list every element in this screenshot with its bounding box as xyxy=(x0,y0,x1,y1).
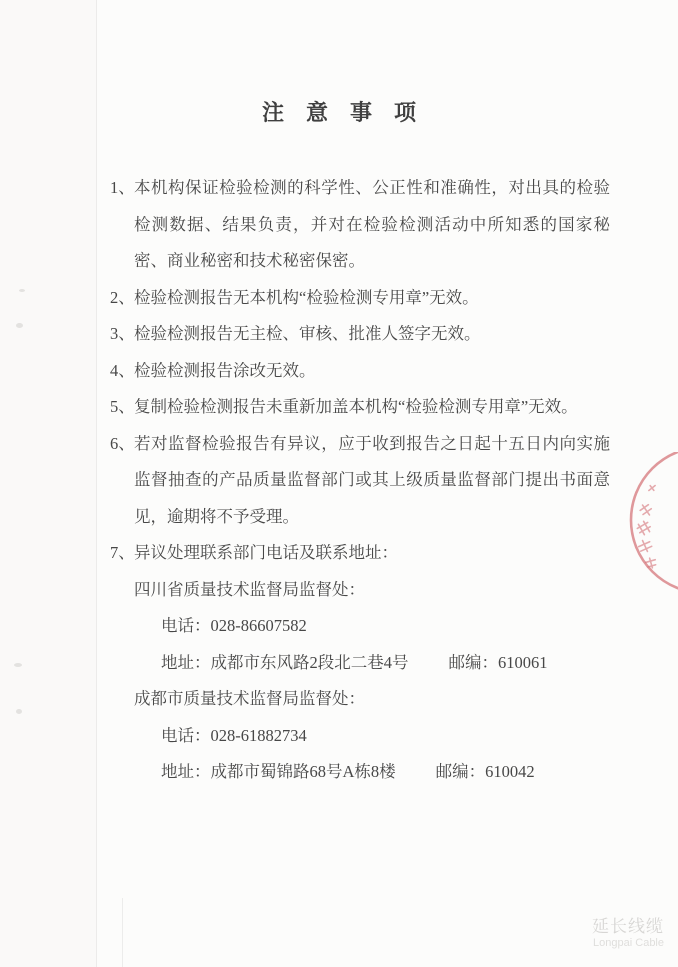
address-label: 地址： xyxy=(161,653,211,672)
scanned-report-notice-page: 注意事项 1、 本机构保证检验检测的科学性、公正性和准确性，对出具的检验检测数据… xyxy=(0,0,678,967)
address-value: 成都市东风路2段北二巷4号 xyxy=(211,653,409,672)
address-value: 成都市蜀锦路68号A栋8楼 xyxy=(211,762,396,781)
phone-label: 电话： xyxy=(161,616,211,635)
contact-org-name: 成都市质量技术监督局监督处： xyxy=(134,681,610,718)
watermark-english: Longpai Cable xyxy=(464,937,664,951)
contact-address-line: 地址：成都市蜀锦路68号A栋8楼邮编：610042 xyxy=(134,754,610,791)
notice-text: 检验检测报告涂改无效。 xyxy=(134,353,610,390)
zip-value: 610042 xyxy=(485,762,535,781)
notice-number: 1、 xyxy=(110,170,134,207)
notice-item-2: 2、 检验检测报告无本机构“检验检测专用章”无效。 xyxy=(110,280,610,317)
zip-value: 610061 xyxy=(498,653,548,672)
contact-block-chengdu: 成都市质量技术监督局监督处： 电话：028-61882734 地址：成都市蜀锦路… xyxy=(110,681,610,791)
notice-item-3: 3、 检验检测报告无主检、审核、批准人签字无效。 xyxy=(110,316,610,353)
address-label: 地址： xyxy=(161,762,211,781)
watermark: 延长线缆 Longpai Cable xyxy=(464,916,664,951)
notice-number: 7、 xyxy=(110,535,134,572)
notice-number: 6、 xyxy=(110,426,134,463)
scan-fold-line-bottom xyxy=(122,898,123,967)
phone-number: 028-86607582 xyxy=(211,616,307,635)
notice-text: 本机构保证检验检测的科学性、公正性和准确性，对出具的检验检测数据、结果负责，并对… xyxy=(134,170,610,280)
page-left-margin-strip xyxy=(0,0,97,967)
notice-list: 1、 本机构保证检验检测的科学性、公正性和准确性，对出具的检验检测数据、结果负责… xyxy=(110,170,610,791)
page-title: 注意事项 xyxy=(0,96,678,127)
scan-fold-line xyxy=(96,0,97,967)
notice-number: 2、 xyxy=(110,280,134,317)
scan-speck xyxy=(16,709,22,714)
contact-block-sichuan: 四川省质量技术监督局监督处： 电话：028-86607582 地址：成都市东风路… xyxy=(110,572,610,682)
notice-item-4: 4、 检验检测报告涂改无效。 xyxy=(110,353,610,390)
contact-phone-line: 电话：028-86607582 xyxy=(134,608,610,645)
phone-label: 电话： xyxy=(161,726,211,745)
watermark-chinese: 延长线缆 xyxy=(464,916,664,937)
zip-label: 邮编： xyxy=(436,762,486,781)
scan-speck xyxy=(19,289,25,292)
notice-item-5: 5、 复制检验检测报告未重新加盖本机构“检验检测专用章”无效。 xyxy=(110,389,610,426)
contact-org-name: 四川省质量技术监督局监督处： xyxy=(134,572,610,609)
notice-text: 复制检验检测报告未重新加盖本机构“检验检测专用章”无效。 xyxy=(134,389,610,426)
notice-number: 3、 xyxy=(110,316,134,353)
red-seal-partial-icon xyxy=(608,452,678,592)
notice-item-6: 6、 若对监督检验报告有异议，应于收到报告之日起十五日内向实施监督抽查的产品质量… xyxy=(110,426,610,536)
notice-text: 检验检测报告无主检、审核、批准人签字无效。 xyxy=(134,316,610,353)
notice-number: 5、 xyxy=(110,389,134,426)
scan-speck xyxy=(14,663,22,667)
notice-item-7: 7、 异议处理联系部门电话及联系地址： xyxy=(110,535,610,572)
contact-phone-line: 电话：028-61882734 xyxy=(134,718,610,755)
phone-number: 028-61882734 xyxy=(211,726,307,745)
notice-text: 若对监督检验报告有异议，应于收到报告之日起十五日内向实施监督抽查的产品质量监督部… xyxy=(134,426,610,536)
contact-address-line: 地址：成都市东风路2段北二巷4号邮编：610061 xyxy=(134,645,610,682)
zip-label: 邮编： xyxy=(449,653,499,672)
notice-text: 检验检测报告无本机构“检验检测专用章”无效。 xyxy=(134,280,610,317)
notice-number: 4、 xyxy=(110,353,134,390)
notice-item-1: 1、 本机构保证检验检测的科学性、公正性和准确性，对出具的检验检测数据、结果负责… xyxy=(110,170,610,280)
scan-speck xyxy=(16,323,23,328)
notice-text: 异议处理联系部门电话及联系地址： xyxy=(134,535,610,572)
